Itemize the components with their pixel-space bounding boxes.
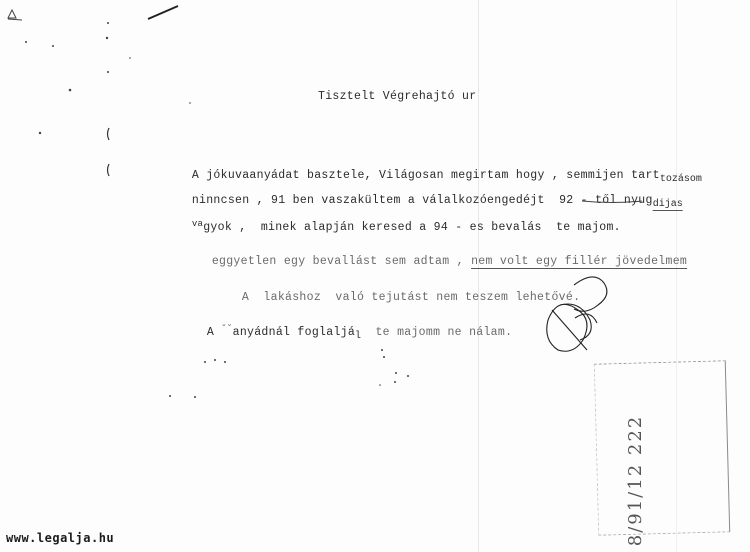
pen-stroke <box>148 6 178 19</box>
scan-specks <box>25 22 409 398</box>
hand-underline <box>582 201 642 203</box>
scanned-letter: Tisztelt Végrehajtó ur A jókuvaanyádat b… <box>0 0 750 552</box>
corner-mark <box>8 10 22 20</box>
margin-mark <box>108 164 110 176</box>
watermark: www.legalja.hu <box>6 531 114 545</box>
scan-marks <box>0 0 750 552</box>
margin-mark <box>108 128 110 140</box>
signature <box>547 277 607 351</box>
